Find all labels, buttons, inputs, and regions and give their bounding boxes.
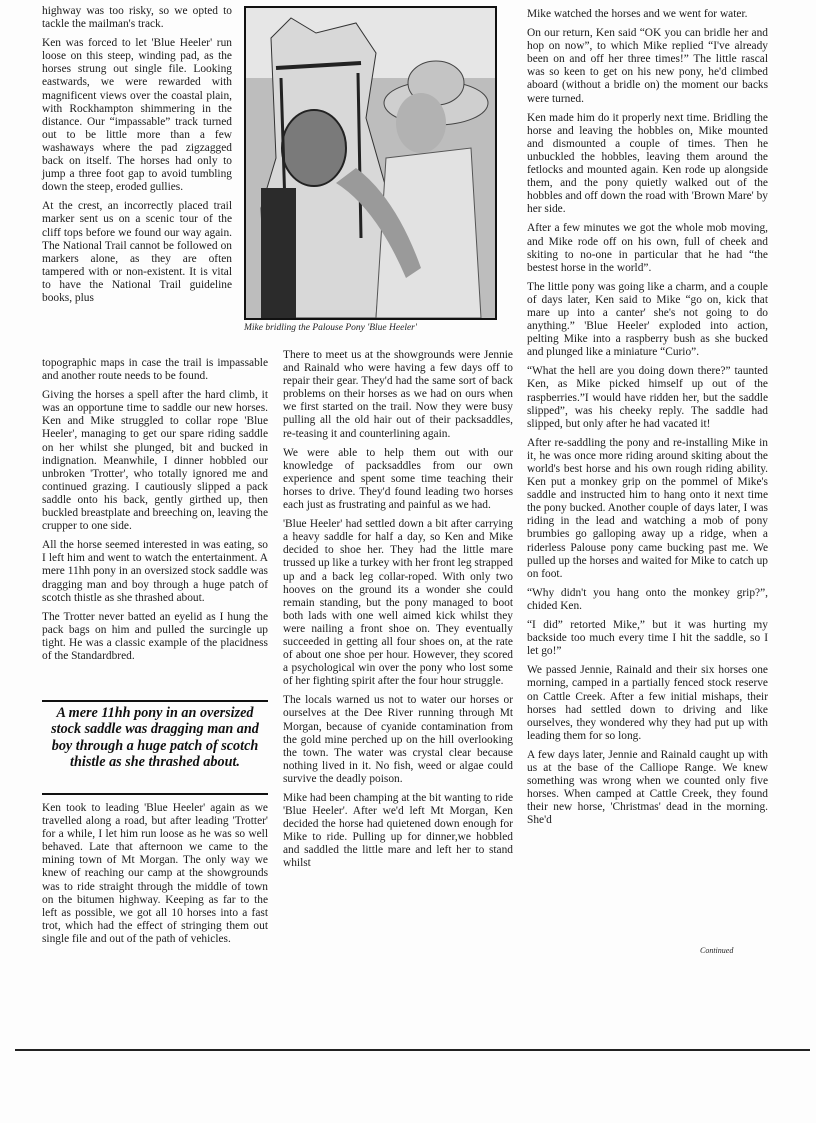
paragraph: We passed Jennie, Rainald and their six …: [527, 664, 768, 743]
paragraph: After a few minutes we got the whole mob…: [527, 222, 768, 274]
paragraph: There to meet us at the showgrounds were…: [283, 349, 513, 441]
paragraph: “What the hell are you doing down there?…: [527, 365, 768, 430]
paragraph: The little pony was going like a charm, …: [527, 281, 768, 360]
paragraph: Mike had been champing at the bit wantin…: [283, 792, 513, 871]
column-2: There to meet us at the showgrounds were…: [283, 349, 513, 877]
paragraph: We were able to help them out with our k…: [283, 447, 513, 512]
paragraph: Ken was forced to let 'Blue Heeler' run …: [42, 37, 232, 194]
photo-illustration: [246, 8, 495, 318]
paragraph: The locals warned us not to water our ho…: [283, 694, 513, 786]
paragraph: topographic maps in case the trail is im…: [42, 357, 268, 383]
paragraph: 'Blue Heeler' had settled down a bit aft…: [283, 518, 513, 688]
page-bottom-rule: [15, 1049, 810, 1051]
paragraph: A few days later, Jennie and Rainald cau…: [527, 749, 768, 828]
column-3: Mike watched the horses and we went for …: [527, 8, 768, 833]
paragraph: After re-saddling the pony and re-instal…: [527, 437, 768, 581]
paragraph: Ken made him do it properly next time. B…: [527, 112, 768, 217]
column-1-top: highway was too risky, so we opted to ta…: [42, 5, 232, 311]
paragraph: Giving the horses a spell after the hard…: [42, 389, 268, 533]
paragraph: Ken took to leading 'Blue Heeler' again …: [42, 802, 268, 946]
paragraph: “I did” retorted Mike,” but it was hurti…: [527, 619, 768, 658]
column-1-bottom: Ken took to leading 'Blue Heeler' again …: [42, 802, 268, 946]
photo-boy-bridling-pony: [244, 6, 497, 320]
pull-quote: A mere 11hh pony in an over­sized stock …: [42, 705, 268, 770]
continued-label: Continued: [700, 946, 733, 955]
paragraph: “Why didn't you hang onto the monkey gri…: [527, 587, 768, 613]
paragraph: The Trotter never batted an eyelid as I …: [42, 611, 268, 663]
photo-caption: Mike bridling the Palouse Pony 'Blue Hee…: [244, 322, 504, 334]
paragraph: At the crest, an incorrectly placed trai…: [42, 200, 232, 305]
pull-quote-top-rule: [42, 700, 268, 702]
column-1-middle: topographic maps in case the trail is im…: [42, 357, 268, 669]
paragraph: highway was too risky, so we opted to ta…: [42, 5, 232, 31]
pull-quote-bottom-rule: [42, 793, 268, 795]
paragraph: All the horse seemed interested in was e…: [42, 539, 268, 604]
paragraph: Mike watched the horses and we went for …: [527, 8, 768, 21]
paragraph: On our return, Ken said “OK you can brid…: [527, 27, 768, 106]
